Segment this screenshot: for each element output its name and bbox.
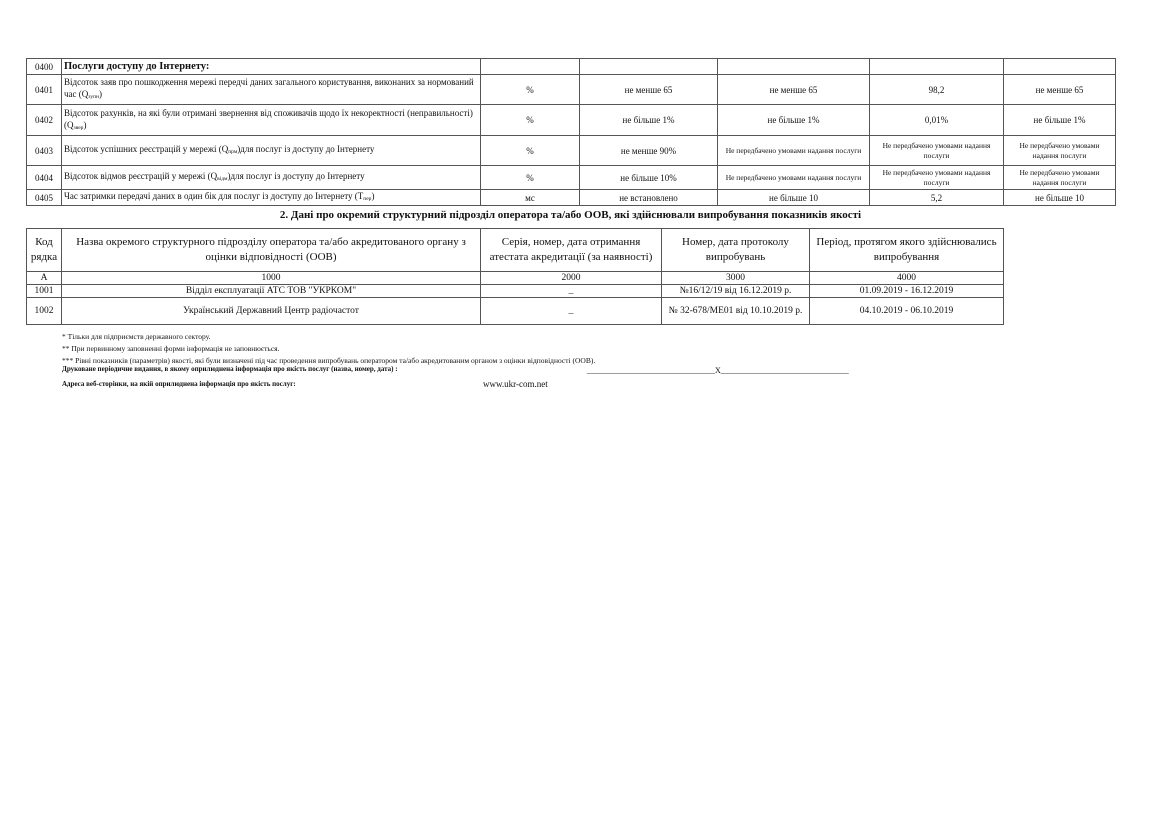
col-header: Код рядка [27, 229, 62, 272]
cell: 4000 [810, 272, 1004, 285]
quality-indicators-table: 0400 Послуги доступу до Інтернету: 0401 … [26, 58, 1116, 206]
row-description: Час затримки передачі даних в один бік д… [62, 190, 481, 206]
section-2-title: 2. Дані про окремий структурний підрозді… [26, 209, 1115, 221]
section-title: Послуги доступу до Інтернету: [62, 59, 481, 75]
col-header: Серія, номер, дата отримання атестата ак… [481, 229, 662, 272]
table-row: 1001 Відділ експлуатації АТС ТОВ "УКРКОМ… [27, 285, 1004, 298]
row-code: 0405 [27, 190, 62, 206]
cell: 3000 [662, 272, 810, 285]
row-code: 0403 [27, 136, 62, 166]
cell: не більше 10% [580, 166, 718, 190]
cell: 2000 [481, 272, 662, 285]
row-code: 0402 [27, 105, 62, 136]
section-row: 0400 Послуги доступу до Інтернету: [27, 59, 1116, 75]
col-header: Номер, дата протоколу випробувань [662, 229, 810, 272]
row-description: Відсоток успішних реєстрацій у мережі (Q… [62, 136, 481, 166]
cell: 98,2 [870, 75, 1004, 105]
index-row: А 1000 2000 3000 4000 [27, 272, 1004, 285]
cell: не більше 10 [1004, 190, 1116, 206]
website-label: Адреса веб-сторінки, на якій оприлюднена… [62, 380, 296, 388]
cell: не більше 1% [1004, 105, 1116, 136]
cell: 04.10.2019 - 06.10.2019 [810, 298, 1004, 325]
table-row: 0404 Відсоток відмов реєстрацій у мережі… [27, 166, 1116, 190]
row-unit: % [481, 136, 580, 166]
row-unit: % [481, 105, 580, 136]
cell: 1002 [27, 298, 62, 325]
table-row: 0405 Час затримки передачі даних в один … [27, 190, 1116, 206]
table-row: 0401 Відсоток заяв про пошкодження мереж… [27, 75, 1116, 105]
footnote-2: ** При первинному заповненні форми інфор… [62, 344, 279, 353]
cell: 01.09.2019 - 16.12.2019 [810, 285, 1004, 298]
cell: Не передбачено умовами надання послуги [870, 166, 1004, 190]
cell: не встановлено [580, 190, 718, 206]
cell: 1000 [62, 272, 481, 285]
col-header: Назва окремого структурного підрозділу о… [62, 229, 481, 272]
cell: не менше 65 [1004, 75, 1116, 105]
cell: 0,01% [870, 105, 1004, 136]
footnote-1: * Тільки для підприємств державного сект… [62, 332, 211, 341]
row-description: Відсоток заяв про пошкодження мережі пер… [62, 75, 481, 105]
table-row: 0402 Відсоток рахунків, на які були отри… [27, 105, 1116, 136]
cell: Не передбачено умовами надання послуги [718, 136, 870, 166]
cell: не більше 10 [718, 190, 870, 206]
cell: _ [481, 298, 662, 325]
row-description: Відсоток відмов реєстрацій у мережі (Qві… [62, 166, 481, 190]
cell: 5,2 [870, 190, 1004, 206]
row-code: 0401 [27, 75, 62, 105]
cell: А [27, 272, 62, 285]
table-row: 1002 Український Державний Центр радіоча… [27, 298, 1004, 325]
printed-edition-label: Друковане періодичне видання, в якому оп… [62, 365, 398, 373]
cell: не менше 65 [718, 75, 870, 105]
cell: Український Державний Центр радіочастот [62, 298, 481, 325]
cell: Відділ експлуатації АТС ТОВ "УКРКОМ" [62, 285, 481, 298]
cell: не більше 1% [718, 105, 870, 136]
cell: №16/12/19 від 16.12.2019 р. [662, 285, 810, 298]
footnote-3: *** Рівні показників (параметрів) якості… [62, 356, 595, 365]
col-header: Період, протягом якого здійснювались вип… [810, 229, 1004, 272]
cell: не менше 65 [580, 75, 718, 105]
table-row: 0403 Відсоток успішних реєстрацій у мере… [27, 136, 1116, 166]
cell: не менше 90% [580, 136, 718, 166]
cell: № 32-678/МЕ01 від 10.10.2019 р. [662, 298, 810, 325]
cell: Не передбачено умовами надання послуги [1004, 166, 1116, 190]
cell: Не передбачено умовами надання послуги [1004, 136, 1116, 166]
header-row: Код рядка Назва окремого структурного пі… [27, 229, 1004, 272]
cell: Не передбачено умовами надання послуги [870, 136, 1004, 166]
cell: 1001 [27, 285, 62, 298]
row-code: 0400 [27, 59, 62, 75]
cell: не більше 1% [580, 105, 718, 136]
website-value: www.ukr-com.net [483, 379, 548, 389]
cell: Не передбачено умовами надання послуги [718, 166, 870, 190]
test-units-table: Код рядка Назва окремого структурного пі… [26, 228, 1004, 325]
row-code: 0404 [27, 166, 62, 190]
row-unit: мс [481, 190, 580, 206]
row-description: Відсоток рахунків, на які були отримані … [62, 105, 481, 136]
printed-edition-value: ________________________________X_______… [587, 366, 849, 375]
row-unit: % [481, 166, 580, 190]
row-unit: % [481, 75, 580, 105]
cell: _ [481, 285, 662, 298]
